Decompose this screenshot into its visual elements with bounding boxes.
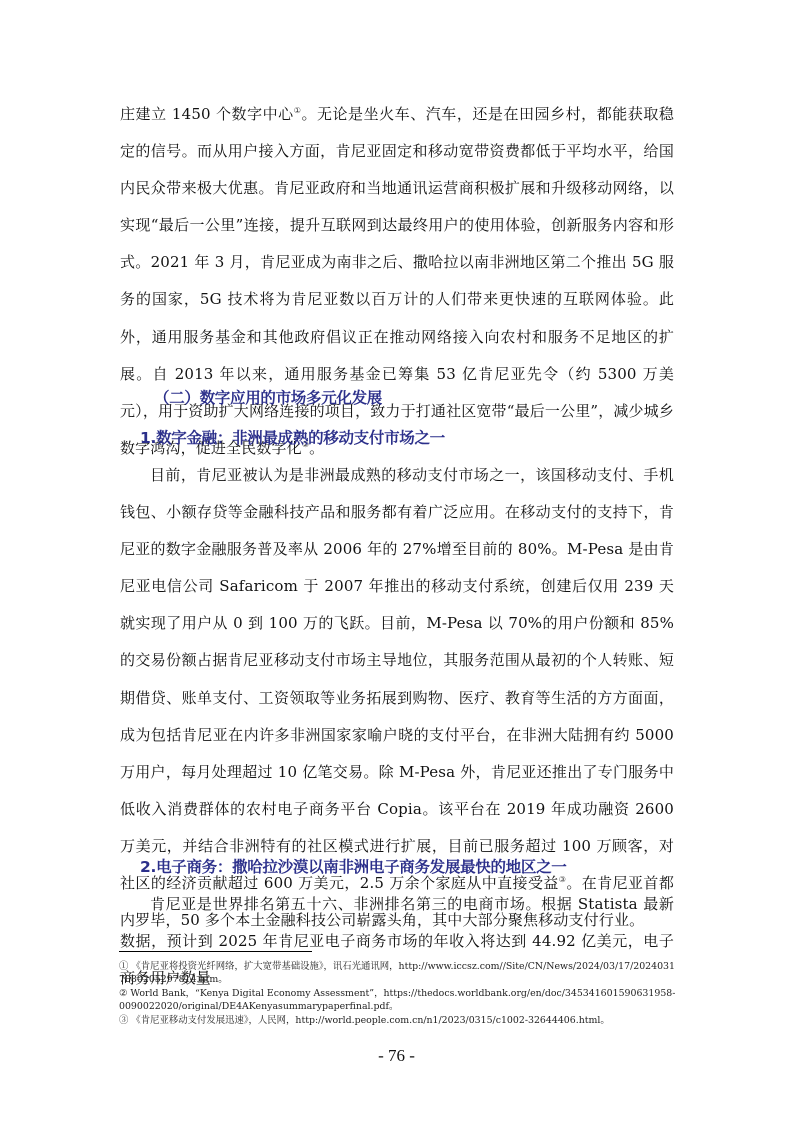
page-number: - 76 - — [0, 1046, 793, 1066]
footnote-1: ① 《肯尼亚将投资光纤网络，扩大宽带基础设施》，讯石光通讯网，http://ww… — [119, 960, 679, 987]
subsection-heading-ecommerce: 2.电子商务：撒哈拉沙漠以南非洲电子商务发展最快的地区之一 — [120, 849, 674, 886]
subsection-heading-finance: 1.数字金融：非洲最成熟的移动支付市场之一 — [120, 420, 674, 457]
document-page: 庄建立 1450 个数字中心①。无论是坐火车、汽车，还是在田园乡村，都能获取稳定… — [0, 0, 793, 1122]
section-digital-apps: （二）数字应用的市场多元化发展 — [120, 380, 674, 417]
footnote-3: ③ 《肯尼亚移动支付发展迅速》，人民网，http://world.people.… — [119, 1014, 679, 1027]
footnotes: ① 《肯尼亚将投资光纤网络，扩大宽带基础设施》，讯石光通讯网，http://ww… — [119, 960, 679, 1027]
section-heading: （二）数字应用的市场多元化发展 — [120, 380, 674, 417]
paragraph-text: 目前，肯尼亚被认为是非洲最成熟的移动支付市场之一，该国移动支付、手机钱包、小额存… — [120, 466, 674, 892]
footnote-divider — [119, 951, 312, 952]
paragraph-text: 庄建立 1450 个数字中心 — [120, 105, 294, 123]
footnote-2: ② World Bank，“Kenya Digital Economy Asse… — [119, 987, 679, 1014]
